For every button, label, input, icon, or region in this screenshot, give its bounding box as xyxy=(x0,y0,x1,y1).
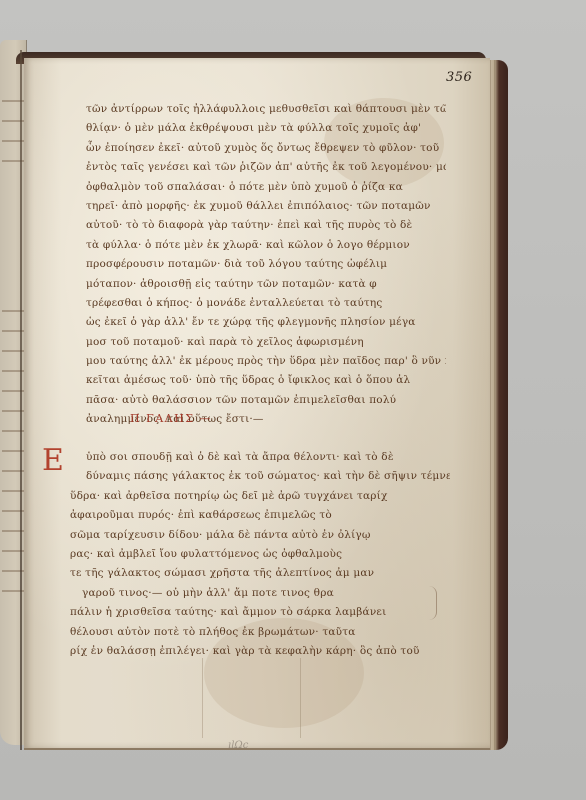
ruling-line xyxy=(300,658,301,738)
decorated-initial: Ε xyxy=(42,446,64,476)
text-line: μοσ τοῦ ποταμοῦ· καὶ παρὰ τὸ χεῖλος ἀφωρ… xyxy=(86,333,446,352)
text-line: ἐντὸς ταῖς γενέσει καὶ τῶν ῥιζῶν ἀπ' αὐτ… xyxy=(86,158,446,177)
text-line: πᾶσα· αὐτὸ θαλάσσιον τῶν ποταμῶν ἐπιμελε… xyxy=(86,391,446,410)
ruling-line xyxy=(202,658,203,738)
text-line: σῶμα ταρίχευσιν δίδου· μάλα δὲ πάντα αὐτ… xyxy=(70,526,450,545)
text-line: τε τῆς γάλακτος σώμασι χρῆστα τῆς ἀλεπτί… xyxy=(70,564,450,583)
text-line: κεῖται ἀμέσως τοῦ· ὑπὸ τῆς ὕδρας ὁ ἴφικλ… xyxy=(86,371,446,390)
text-line: θέλουσι αὐτὸν ποτὲ τὸ πλήθος ἐκ βρωμάτων… xyxy=(70,623,450,642)
folio-number: 356 xyxy=(446,70,472,85)
gutter xyxy=(20,50,22,750)
text-line: αὐτοῦ· τὸ τὸ διαφορὰ γὰρ ταύτην· ἐπεὶ κα… xyxy=(86,216,446,235)
text-block-2: ὑπὸ σοι σπουδῇ καὶ ὁ δὲ καὶ τὰ ἄπρα θέλο… xyxy=(70,448,450,661)
text-line: δύναμις πάσης γάλακτος ἐκ τοῦ σώματος· κ… xyxy=(70,467,450,486)
text-line: τῶν ἀντίρρων τοῖς ἠλλάφυλλοις μεθυσθεῖσι… xyxy=(86,100,446,119)
text-line: ὧν ἐποίησεν ἐκεῖ· αὐτοῦ χυμὸς ὅς ὄντως ἔ… xyxy=(86,139,446,158)
text-line: ρίχ ἐν θαλάσσῃ ἐπιλέγει· καὶ γὰρ τὰ κεφα… xyxy=(70,642,450,661)
text-line: τρέφεσθαι ὁ κήπος· ὁ μονάδε ἐνταλλεύεται… xyxy=(86,294,446,313)
text-line: ὑπὸ σοι σπουδῇ καὶ ὁ δὲ καὶ τὰ ἄπρα θέλο… xyxy=(70,448,450,467)
text-line: ὡς ἐκεῖ ὁ γὰρ ἀλλ' ἔν τε χώρᾳ τῆς φλεγμο… xyxy=(86,313,446,332)
text-line: ρας· καὶ ἀμβλεῖ ἴου φυλαττόμενος ὡς ὀφθα… xyxy=(70,545,450,564)
text-line: τὰ φύλλα· ὁ πότε μὲν ἐκ χλωρᾶ· καὶ κῶλον… xyxy=(86,236,446,255)
facing-verso-page xyxy=(0,40,27,745)
text-line: τηρεῖ· ἀπὸ μορφῆς· ἐκ χυμοῦ θάλλει ἐπιπό… xyxy=(86,197,446,216)
text-line: πάλιν ἡ χρισθεῖσα ταύτης· καὶ ἄμμον τὸ σ… xyxy=(70,603,450,622)
text-line: μόταπον· ἀθροισθῇ εἰς ταύτην τῶν ποταμῶν… xyxy=(86,275,446,294)
text-line: ἀφαιροῦμαι πυρός· ἐπὶ καθάρσεως ἐπιμελῶς… xyxy=(70,506,450,525)
rubric-heading: Π ΓΑΛΗΣ — xyxy=(130,412,212,425)
text-block-1: τῶν ἀντίρρων τοῖς ἠλλάφυλλοις μεθυσθεῖσι… xyxy=(86,100,446,430)
text-line: θλίᾳν· ὁ μὲν μάλα ἐκθρέψουσι μὲν τὰ φύλλ… xyxy=(86,119,446,138)
text-line: γαροῦ τινος·— οὐ μὴν ἀλλ' ἄμ ποτε τινος … xyxy=(70,584,450,603)
text-line: μου ταύτης ἀλλ' ἐκ μέρους πρὸς τὴν ὕδρα … xyxy=(86,352,446,371)
text-line: ὀφθαλμὸν τοῦ σπαλάσαι· ὁ πότε μὲν ὑπὸ χυ… xyxy=(86,178,446,197)
text-line: προσφέρουσιν ποταμῶν· διὰ τοῦ λόγου ταύτ… xyxy=(86,255,446,274)
pencil-mark: ılΩϲ xyxy=(228,740,248,751)
text-line: ὕδρα· καὶ ἀρθεῖσα ποτηρίῳ ὡς δεῖ μὲ ἀρῶ … xyxy=(70,487,450,506)
